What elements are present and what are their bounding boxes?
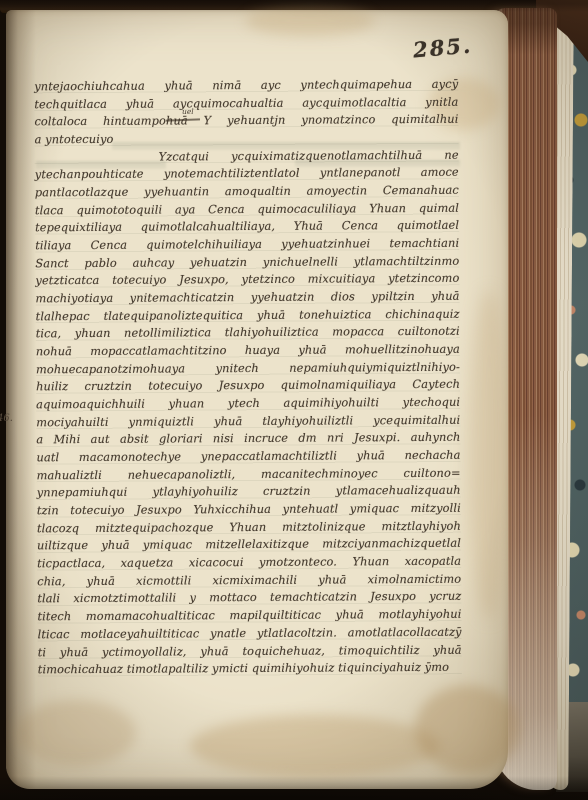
gutter-shadow [6, 10, 36, 789]
stain [245, 6, 375, 36]
manuscript-line: coltaloca hintuampohuā Y yehuantjn ynoma… [34, 111, 458, 131]
manuscript-line: pantlacotlazque yyehuantin amoqualtin am… [35, 182, 459, 202]
manuscript-line: uatl macamonotechye ynepaccatlamachtiliz… [36, 447, 460, 467]
stain [468, 290, 510, 620]
manuscript-line: yntejaochiuhcahua yhuā nimā ayc yntechqu… [34, 76, 458, 96]
margin-note: 46. [0, 413, 13, 424]
stain [16, 700, 136, 766]
manuscript-line: aquimoaquichhuili yhuan ytech aquimihiyo… [36, 394, 460, 414]
manuscript-line: machiyotiaya ynitemachticatzin yyehuatzi… [35, 288, 459, 308]
manuscript-line: lticac motlaceyahuiltiticac ynatle ytlat… [38, 624, 462, 644]
interlinear-correction: uel [182, 107, 194, 116]
stain [190, 715, 440, 777]
manuscript-line: ticpactlaca, xaquetza xicacocui ymotzont… [37, 553, 461, 573]
folio-number: 285. [412, 32, 473, 62]
manuscript-line: nohuā mopaccatlamachtitzino huaya yhuā m… [36, 341, 460, 361]
manuscript-photo: 285. 46. uel yntejaochiuhcahua yhuā nimā… [0, 0, 588, 800]
manuscript-line: tzin totecuiyo Jesuxpo Yuhxicchihua ynte… [37, 500, 461, 520]
manuscript-text-block: yntejaochiuhcahua yhuā nimā ayc yntechqu… [34, 76, 462, 679]
manuscript-line: timochicahuaz timotlapaltiliz ymicti qui… [38, 659, 462, 679]
manuscript-line: tiliaya Cenca quimotelchihuiliaya yyehua… [35, 235, 459, 255]
stain [415, 685, 520, 773]
